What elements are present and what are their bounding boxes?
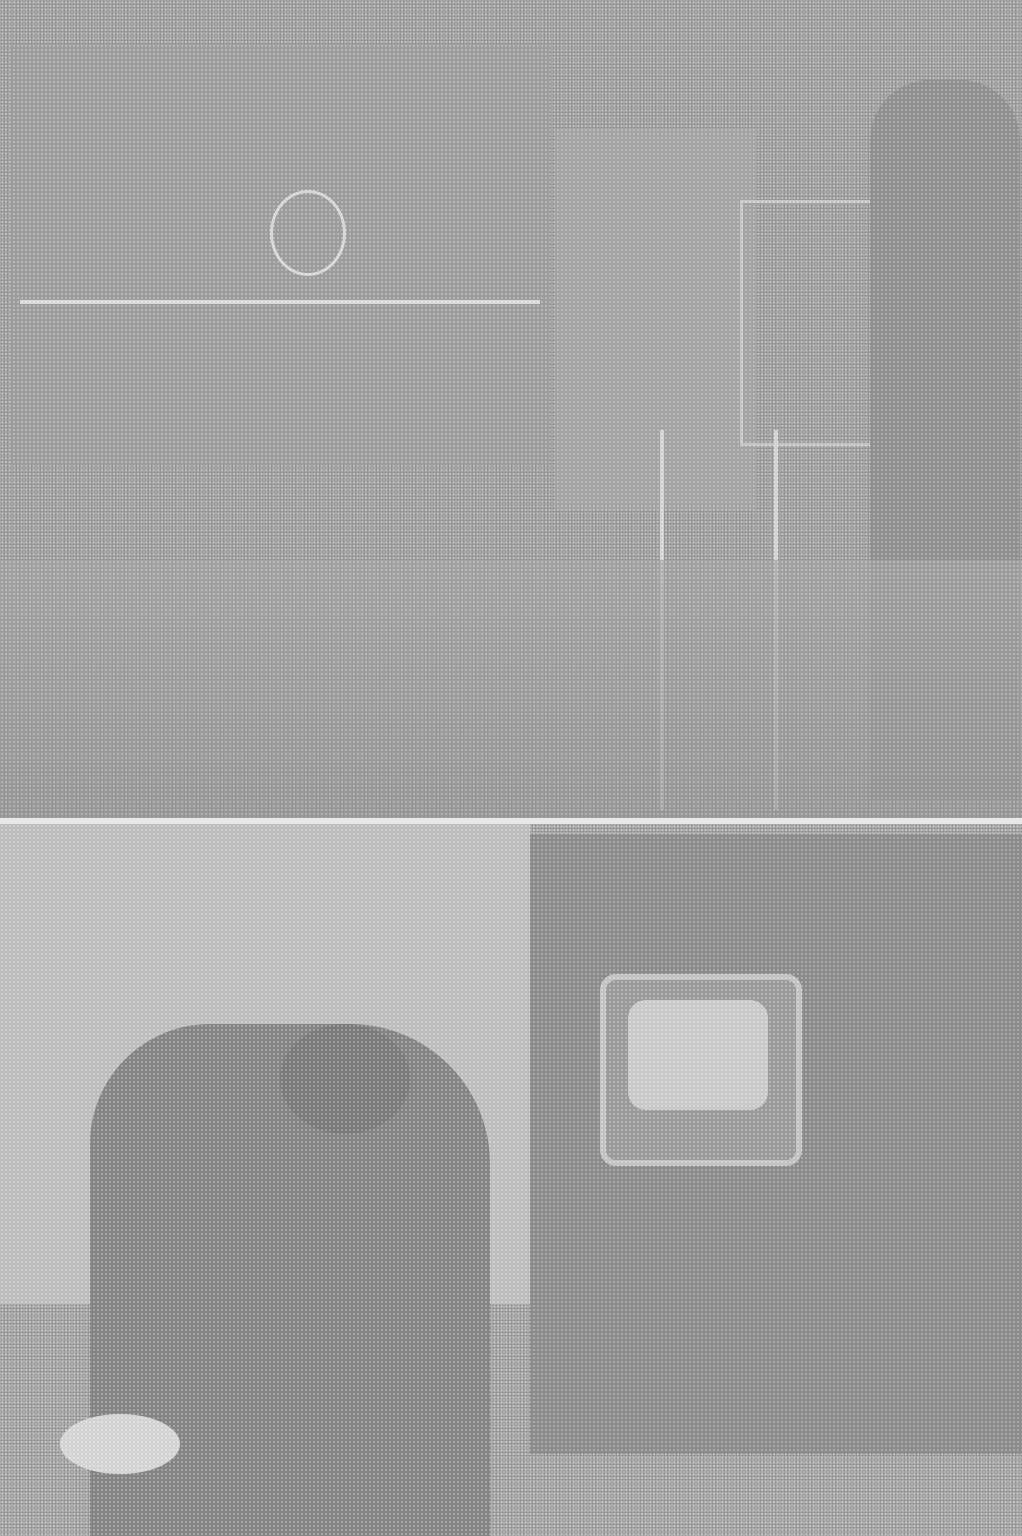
floor-shadow xyxy=(0,560,1022,818)
bottom-photo-tv-viewers xyxy=(0,824,1022,1536)
top-photo-classroom xyxy=(0,0,1022,818)
viewer-head xyxy=(280,1024,410,1134)
tv-screen xyxy=(628,1000,768,1110)
portrait-frame xyxy=(270,190,346,276)
floor-objects xyxy=(60,1414,180,1474)
ledge-line xyxy=(20,300,540,304)
television-set xyxy=(600,974,802,1166)
